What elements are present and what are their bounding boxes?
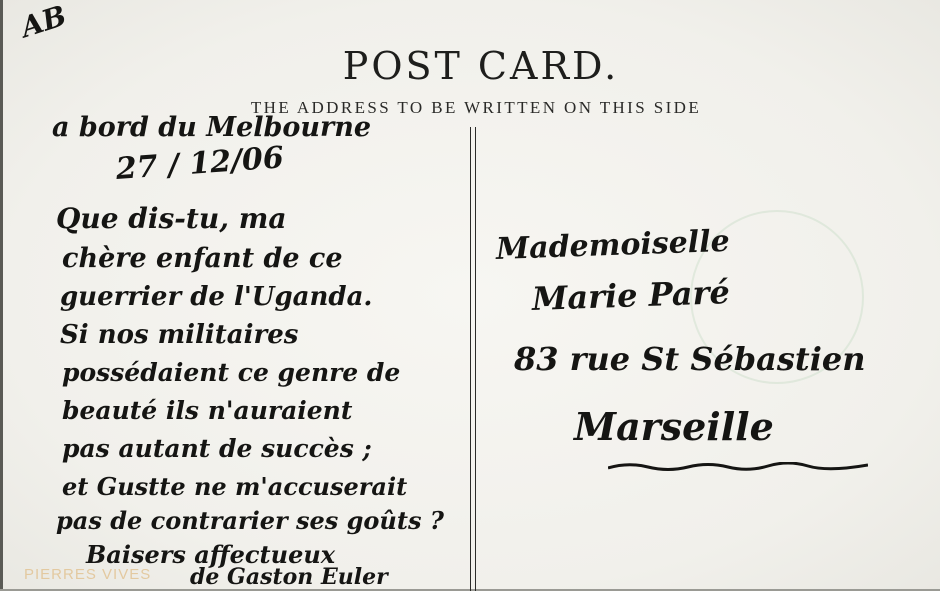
postcard-title: POST CARD. bbox=[0, 44, 940, 88]
message-line: Si nos militaires bbox=[60, 320, 298, 350]
card-edge-left bbox=[0, 0, 3, 591]
message-signature: de Gaston Euler bbox=[190, 564, 388, 590]
message-line: Que dis-tu, ma bbox=[56, 202, 286, 235]
city-underline bbox=[608, 462, 868, 472]
message-line: pas autant de succès ; bbox=[62, 434, 372, 463]
message-date: 27 / 12/06 bbox=[115, 140, 285, 187]
postcard-back: AB POST CARD. THE ADDRESS TO BE WRITTEN … bbox=[0, 0, 940, 591]
message-line: et Gustte ne m'accuserait bbox=[62, 472, 407, 501]
address-street: 83 rue St Sébastien bbox=[514, 340, 865, 378]
message-line: pas de contrarier ses goûts ? bbox=[56, 506, 444, 535]
message-line: possédaient ce genre de bbox=[62, 358, 400, 387]
address-salutation: Mademoiselle bbox=[495, 224, 730, 267]
message-line: guerrier de l'Uganda. bbox=[60, 282, 372, 312]
address-city: Marseille bbox=[574, 404, 774, 449]
monogram: AB bbox=[17, 0, 70, 44]
message-line: beauté ils n'auraient bbox=[62, 396, 352, 425]
message-line: chère enfant de ce bbox=[62, 243, 343, 274]
address-name: Marie Paré bbox=[531, 273, 730, 318]
watermark: PIERRES VIVES bbox=[24, 566, 151, 583]
message-line: a bord du Melbourne bbox=[52, 112, 371, 143]
address-divider bbox=[470, 127, 476, 591]
